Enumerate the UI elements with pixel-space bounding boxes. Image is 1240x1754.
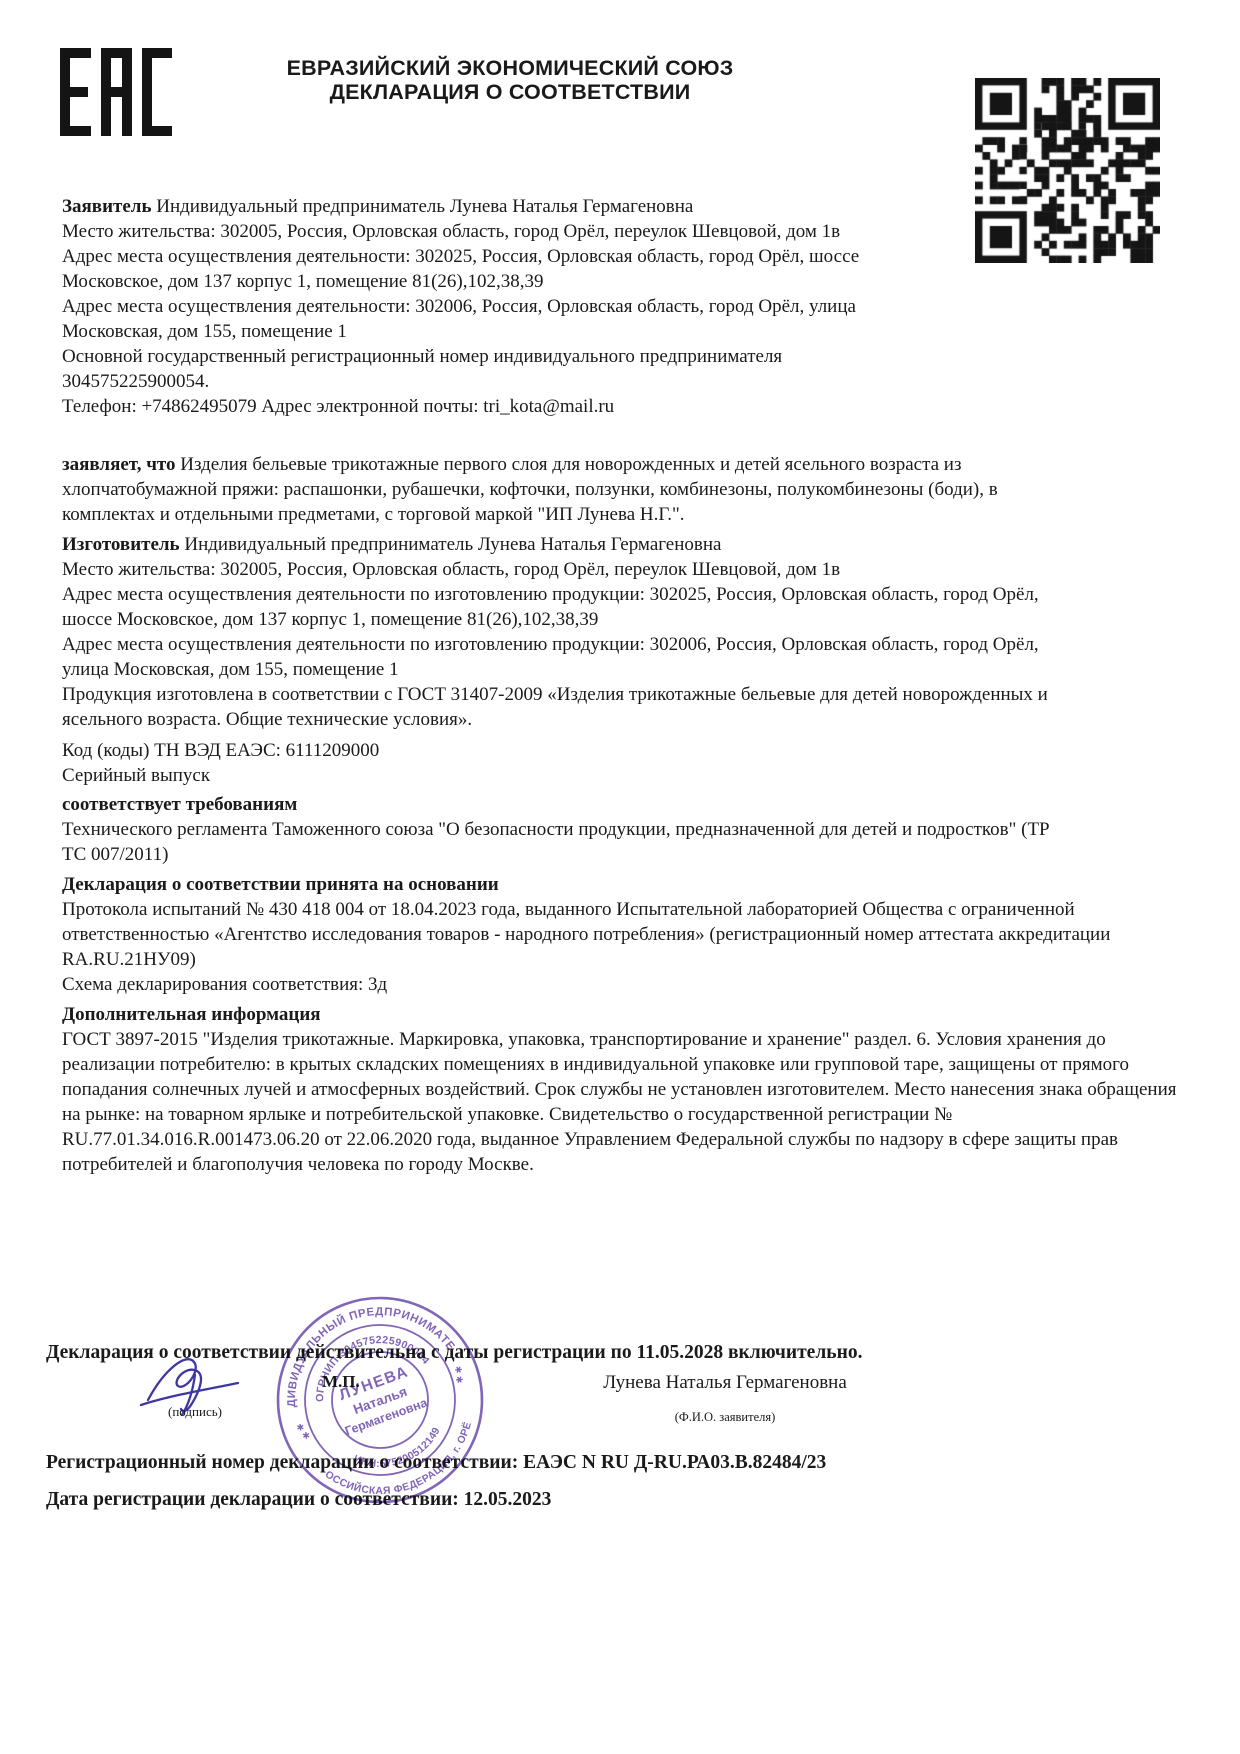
- manufacturer-section: Изготовитель Индивидуальный предпринимат…: [62, 532, 1072, 732]
- manufacturer-name: Индивидуальный предприниматель Лунева На…: [184, 534, 721, 555]
- applicant-name: Индивидуальный предприниматель Лунева На…: [156, 196, 693, 217]
- declares-label: заявляет, что: [62, 454, 176, 475]
- applicant-ogrnip: Основной государственный регистрационный…: [62, 344, 862, 394]
- applicant-intro-line: Заявитель Индивидуальный предприниматель…: [62, 194, 862, 219]
- registration-number-line: Регистрационный номер декларации о соотв…: [46, 1450, 1216, 1475]
- manufacturer-intro-line: Изготовитель Индивидуальный предпринимат…: [62, 532, 1072, 557]
- round-ink-stamp: ИНДИВИДУАЛЬНЫЙ ПРЕДПРИНИМАТЕЛЬ РОССИЙСКА…: [268, 1288, 492, 1512]
- title-line-union: ЕВРАЗИЙСКИЙ ЭКОНОМИЧЕСКИЙ СОЮЗ: [175, 57, 845, 81]
- manufacturer-residence: Место жительства: 302005, Россия, Орловс…: [62, 557, 1072, 582]
- release-type-line: Серийный выпуск: [62, 763, 1162, 788]
- eac-logo-icon: [60, 48, 172, 136]
- manufacturer-gost: Продукция изготовлена в соответствии с Г…: [62, 682, 1072, 732]
- qr-code: [975, 78, 1160, 263]
- manufacturer-address-1: Адрес места осуществления деятельности п…: [62, 582, 1072, 632]
- podpis-label: (подпись): [168, 1404, 222, 1419]
- compliance-section: соответствует требованиям Технического р…: [62, 792, 1062, 867]
- fio-label: (Ф.И.О. заявителя): [560, 1410, 890, 1425]
- manufacturer-address-2: Адрес места осуществления деятельности п…: [62, 632, 1072, 682]
- basis-text: Протокола испытаний № 430 418 004 от 18.…: [62, 897, 1167, 972]
- applicant-contacts: Телефон: +74862495079 Адрес электронной …: [62, 394, 862, 419]
- additional-info-section: Дополнительная информация ГОСТ 3897-2015…: [62, 1002, 1187, 1177]
- declaration-document: ЕВРАЗИЙСКИЙ ЭКОНОМИЧЕСКИЙ СОЮЗ ДЕКЛАРАЦИ…: [0, 0, 1240, 1754]
- applicant-section: Заявитель Индивидуальный предприниматель…: [62, 194, 862, 419]
- basis-header: Декларация о соответствии принята на осн…: [62, 872, 1167, 897]
- applicant-label: Заявитель: [62, 196, 152, 217]
- compliance-text: Технического регламента Таможенного союз…: [62, 817, 1062, 867]
- declares-text: Изделия бельевые трикотажные первого сло…: [62, 454, 998, 525]
- declares-paragraph: заявляет, что Изделия бельевые трикотажн…: [62, 452, 1017, 527]
- compliance-header: соответствует требованиям: [62, 792, 1062, 817]
- applicant-address-2: Адрес места осуществления деятельности: …: [62, 294, 862, 344]
- applicant-fio-name: Лунева Наталья Гермагеновна: [560, 1372, 890, 1394]
- tnved-code-line: Код (коды) ТН ВЭД ЕАЭС: 6111209000: [62, 738, 1162, 763]
- stamp-right-separator: ✱ ✱: [453, 1365, 464, 1383]
- applicant-address-1: Адрес места осуществления деятельности: …: [62, 244, 862, 294]
- title-line-declaration: ДЕКЛАРАЦИЯ О СООТВЕТСТВИИ: [175, 81, 845, 105]
- additional-info-header: Дополнительная информация: [62, 1002, 1187, 1027]
- document-title: ЕВРАЗИЙСКИЙ ЭКОНОМИЧЕСКИЙ СОЮЗ ДЕКЛАРАЦИ…: [175, 57, 845, 104]
- additional-info-text: ГОСТ 3897-2015 "Изделия трикотажные. Мар…: [62, 1027, 1187, 1177]
- basis-scheme: Схема декларирования соответствия: 3д: [62, 972, 1167, 997]
- applicant-residence: Место жительства: 302005, Россия, Орловс…: [62, 219, 862, 244]
- declares-section: заявляет, что Изделия бельевые трикотажн…: [62, 452, 1017, 527]
- registration-date-line: Дата регистрации декларации о соответств…: [46, 1487, 1216, 1512]
- basis-section: Декларация о соответствии принята на осн…: [62, 872, 1167, 997]
- manufacturer-label: Изготовитель: [62, 534, 180, 555]
